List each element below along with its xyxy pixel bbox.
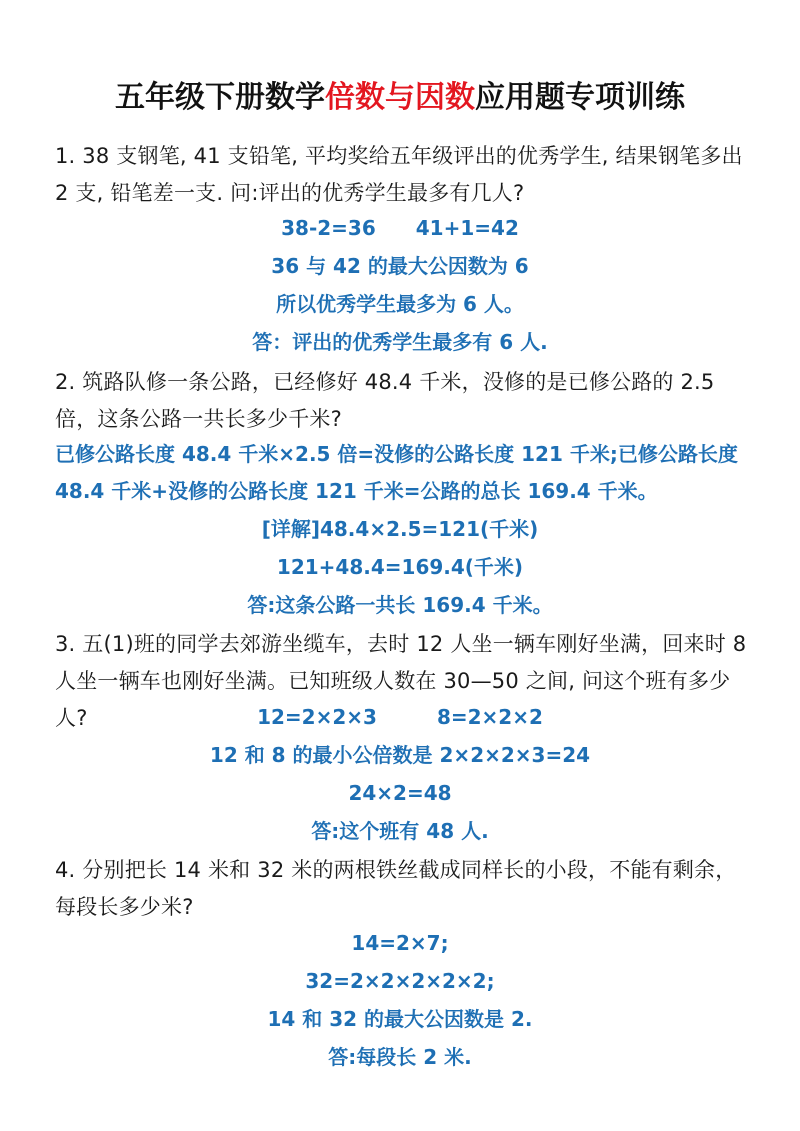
page-title: 五年级下册数学倍数与因数应用题专项训练 <box>0 76 800 120</box>
problem-3-solution-line-1: 12=2×2×3 8=2×2×2 <box>0 702 800 732</box>
title-part-1: 五年级下册数学 <box>115 80 325 115</box>
problem-1-solution-line-1: 38-2=36 41+1=42 <box>0 213 800 243</box>
problem-3-answer: 答:这个班有 48 人. <box>0 816 800 846</box>
problem-3-solution-line-3: 24×2=48 <box>0 778 800 808</box>
title-highlight: 倍数与因数 <box>325 80 475 115</box>
problem-3-solution-line-2: 12 和 8 的最小公倍数是 2×2×2×3=24 <box>0 740 800 770</box>
worksheet-page: 五年级下册数学倍数与因数应用题专项训练 1. 38 支钢笔, 41 支铅笔, 平… <box>0 0 800 1131</box>
problem-2-solution-line-1: [详解]48.4×2.5=121(千米) <box>0 514 800 544</box>
problem-4-solution-line-2: 32=2×2×2×2×2; <box>0 966 800 996</box>
problem-2-question: 2. 筑路队修一条公路，已经修好 48.4 千米，没修的是已修公路的 2.5 倍… <box>55 364 755 438</box>
problem-4-solution-line-3: 14 和 32 的最大公因数是 2. <box>0 1004 800 1034</box>
problem-2-solution-line-2: 121+48.4=169.4(千米) <box>0 552 800 582</box>
problem-4-solution-line-1: 14=2×7; <box>0 928 800 958</box>
problem-4-question: 4. 分别把长 14 米和 32 米的两根铁丝截成同样长的小段，不能有剩余，每段… <box>55 852 755 926</box>
problem-4-answer: 答:每段长 2 米. <box>0 1042 800 1072</box>
problem-2-explanation: 已修公路长度 48.4 千米×2.5 倍=没修的公路长度 121 千米;已修公路… <box>55 436 755 510</box>
problem-1-solution-line-3: 所以优秀学生最多为 6 人。 <box>0 289 800 319</box>
title-part-2: 应用题专项训练 <box>475 80 685 115</box>
problem-1-question: 1. 38 支钢笔, 41 支铅笔, 平均奖给五年级评出的优秀学生, 结果钢笔多… <box>55 138 755 212</box>
problem-1-answer: 答：评出的优秀学生最多有 6 人. <box>0 327 800 357</box>
problem-1-solution-line-2: 36 与 42 的最大公因数为 6 <box>0 251 800 281</box>
problem-2-answer: 答:这条公路一共长 169.4 千米。 <box>0 590 800 620</box>
